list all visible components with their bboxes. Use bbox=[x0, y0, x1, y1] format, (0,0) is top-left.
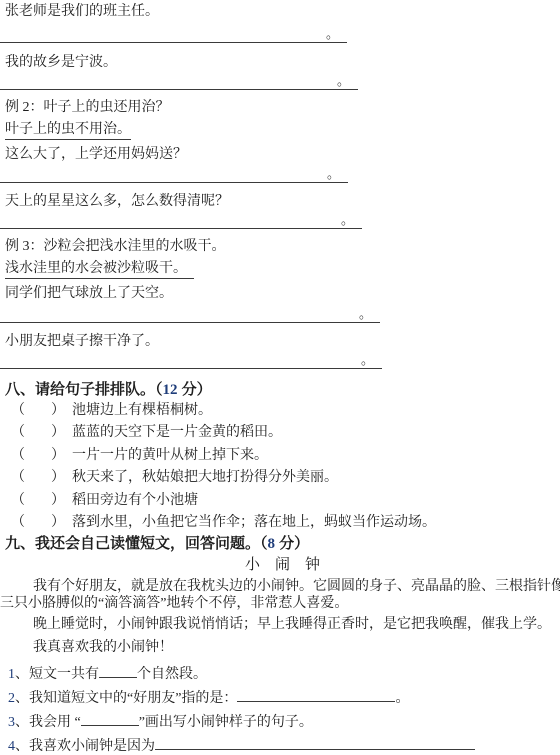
source-sentence: 张老师是我们的班主任。 bbox=[5, 4, 560, 20]
paren-open: （ bbox=[11, 403, 25, 418]
answer-blank-line: 。 bbox=[0, 24, 347, 43]
answer-blank-line: 。 bbox=[0, 164, 348, 183]
example-text: ：沙粒会把浅水洼里的水吸干。 bbox=[30, 239, 226, 254]
period-mark: 。 bbox=[337, 71, 358, 91]
ordering-item: （）稻田旁边有个小池塘 bbox=[5, 493, 560, 509]
question-number-sep: 、 bbox=[15, 667, 29, 682]
source-sentence: 天上的星星这么多，怎么数得清呢？ bbox=[5, 194, 560, 210]
model-answer-row: 浅水洼里的水会被沙粒吸干。 bbox=[5, 261, 560, 279]
question-text: 我喜欢小闹钟是因为 bbox=[29, 739, 155, 754]
paren-open: （ bbox=[11, 425, 25, 440]
answer-blank-line: 。 bbox=[0, 350, 382, 369]
section8-heading-suffix: 分） bbox=[178, 381, 212, 398]
answer-blank-line: 。 bbox=[0, 71, 358, 90]
example-sentence: 例 2：叶子上的虫还用治？ bbox=[5, 100, 560, 116]
example-number: 2 bbox=[23, 100, 30, 115]
question-number: 1 bbox=[8, 667, 15, 682]
fill-blank-line bbox=[81, 712, 139, 726]
model-answer-row: 叶子上的虫不用治。 bbox=[5, 122, 560, 140]
question-1: 1、短文一共有个自然段。 bbox=[5, 664, 560, 683]
passage-paragraph: 晚上睡觉时，小闹钟跟我说悄悄话；早上我睡得正香时，是它把我唤醒，催我上学。 bbox=[0, 617, 560, 634]
period-mark: 。 bbox=[326, 24, 347, 44]
paren-open: （ bbox=[11, 448, 25, 463]
worksheet-page: 张老师是我们的班主任。 。 我的故乡是宁波。 。 例 2：叶子上的虫还用治？ 叶… bbox=[5, 4, 560, 755]
question-4: 4、我喜欢小闹钟是因为 bbox=[5, 736, 560, 755]
section9-heading-suffix: 分） bbox=[275, 535, 309, 552]
ordering-item-text: 落到水里，小鱼把它当作伞；落在地上，蚂蚁当作运动场。 bbox=[72, 515, 436, 530]
example-label: 例 bbox=[5, 100, 23, 115]
paren-close: ） bbox=[51, 448, 65, 463]
passage-paragraph: 我真喜欢我的小闹钟！ bbox=[0, 640, 560, 657]
question-number: 3 bbox=[8, 715, 15, 730]
ordering-item: （）蓝蓝的天空下是一片金黄的稻田。 bbox=[5, 425, 560, 441]
section9-score-number: 8 bbox=[268, 536, 276, 552]
ordering-item: （）秋天来了，秋姑娘把大地打扮得分外美丽。 bbox=[5, 470, 560, 486]
question-number-sep: 、 bbox=[15, 739, 29, 754]
ordering-item-text: 池塘边上有棵梧桐树。 bbox=[72, 403, 212, 418]
ordering-item: （）落到水里，小鱼把它当作伞；落在地上，蚂蚁当作运动场。 bbox=[5, 515, 560, 531]
paren-close: ） bbox=[51, 470, 65, 485]
ordering-item: （）一片一片的黄叶从树上掉下来。 bbox=[5, 448, 560, 464]
source-sentence: 同学们把气球放上了天空。 bbox=[5, 286, 560, 302]
example-sentence: 例 3：沙粒会把浅水洼里的水吸干。 bbox=[5, 239, 560, 255]
period-mark: 。 bbox=[327, 164, 348, 184]
fill-blank-line bbox=[99, 664, 137, 678]
model-answer-underlined: 叶子上的虫不用治。 bbox=[5, 122, 131, 140]
question-number-sep: 、 bbox=[15, 715, 29, 730]
question-text: 我会用 “ bbox=[29, 715, 81, 730]
section8-heading: 八、请给句子排排队。（12 分） bbox=[5, 380, 560, 400]
paren-close: ） bbox=[51, 403, 65, 418]
ordering-item-text: 蓝蓝的天空下是一片金黄的稻田。 bbox=[72, 425, 282, 440]
model-answer-underlined: 浅水洼里的水会被沙粒吸干。 bbox=[5, 261, 194, 279]
paren-open: （ bbox=[11, 470, 25, 485]
period-mark: 。 bbox=[359, 304, 380, 324]
ordering-item-text: 秋天来了，秋姑娘把大地打扮得分外美丽。 bbox=[72, 470, 338, 485]
question-number: 4 bbox=[8, 739, 15, 754]
question-text: 我知道短文中的“好朋友”指的是： bbox=[29, 691, 237, 706]
ordering-item-text: 一片一片的黄叶从树上掉下来。 bbox=[72, 448, 268, 463]
section8-score-number: 12 bbox=[163, 382, 178, 398]
question-text-suffix: 。 bbox=[395, 691, 409, 706]
example-text: ：叶子上的虫还用治？ bbox=[30, 100, 170, 115]
answer-blank-line: 。 bbox=[0, 304, 380, 323]
source-sentence: 这么大了，上学还用妈妈送？ bbox=[5, 147, 560, 163]
passage-paragraph: 我有个好朋友，就是放在我枕头边的小闹钟。它圆圆的身子、亮晶晶的脸、三根指针像三只… bbox=[0, 579, 560, 612]
ordering-item: （）池塘边上有棵梧桐树。 bbox=[5, 403, 560, 419]
paren-open: （ bbox=[11, 493, 25, 508]
section9-heading: 九、我还会自己读懂短文，回答问题。（8 分） bbox=[5, 534, 560, 554]
fill-blank-line bbox=[155, 736, 475, 750]
ordering-item-text: 稻田旁边有个小池塘 bbox=[72, 493, 198, 508]
period-mark: 。 bbox=[341, 210, 362, 230]
question-text-suffix: ”画出写小闹钟样子的句子。 bbox=[139, 715, 313, 730]
example-label: 例 bbox=[5, 239, 23, 254]
section8-heading-text: 八、请给句子排排队。（ bbox=[5, 381, 163, 398]
period-mark: 。 bbox=[361, 350, 382, 370]
answer-blank-line: 。 bbox=[0, 210, 362, 229]
example-number: 3 bbox=[23, 239, 30, 254]
paren-open: （ bbox=[11, 515, 25, 530]
question-text-suffix: 个自然段。 bbox=[137, 667, 207, 682]
source-sentence: 我的故乡是宁波。 bbox=[5, 55, 560, 71]
question-number: 2 bbox=[8, 691, 15, 706]
fill-blank-line bbox=[237, 688, 395, 702]
paren-close: ） bbox=[51, 515, 65, 530]
source-sentence: 小朋友把桌子擦干净了。 bbox=[5, 334, 560, 350]
paren-close: ） bbox=[51, 425, 65, 440]
question-number-sep: 、 bbox=[15, 691, 29, 706]
paren-close: ） bbox=[51, 493, 65, 508]
question-3: 3、我会用 “”画出写小闹钟样子的句子。 bbox=[5, 712, 560, 731]
question-2: 2、我知道短文中的“好朋友”指的是：。 bbox=[5, 688, 560, 707]
section9-heading-text: 九、我还会自己读懂短文，回答问题。（ bbox=[5, 535, 268, 552]
passage-title: 小 闹 钟 bbox=[5, 557, 560, 573]
question-text: 短文一共有 bbox=[29, 667, 99, 682]
